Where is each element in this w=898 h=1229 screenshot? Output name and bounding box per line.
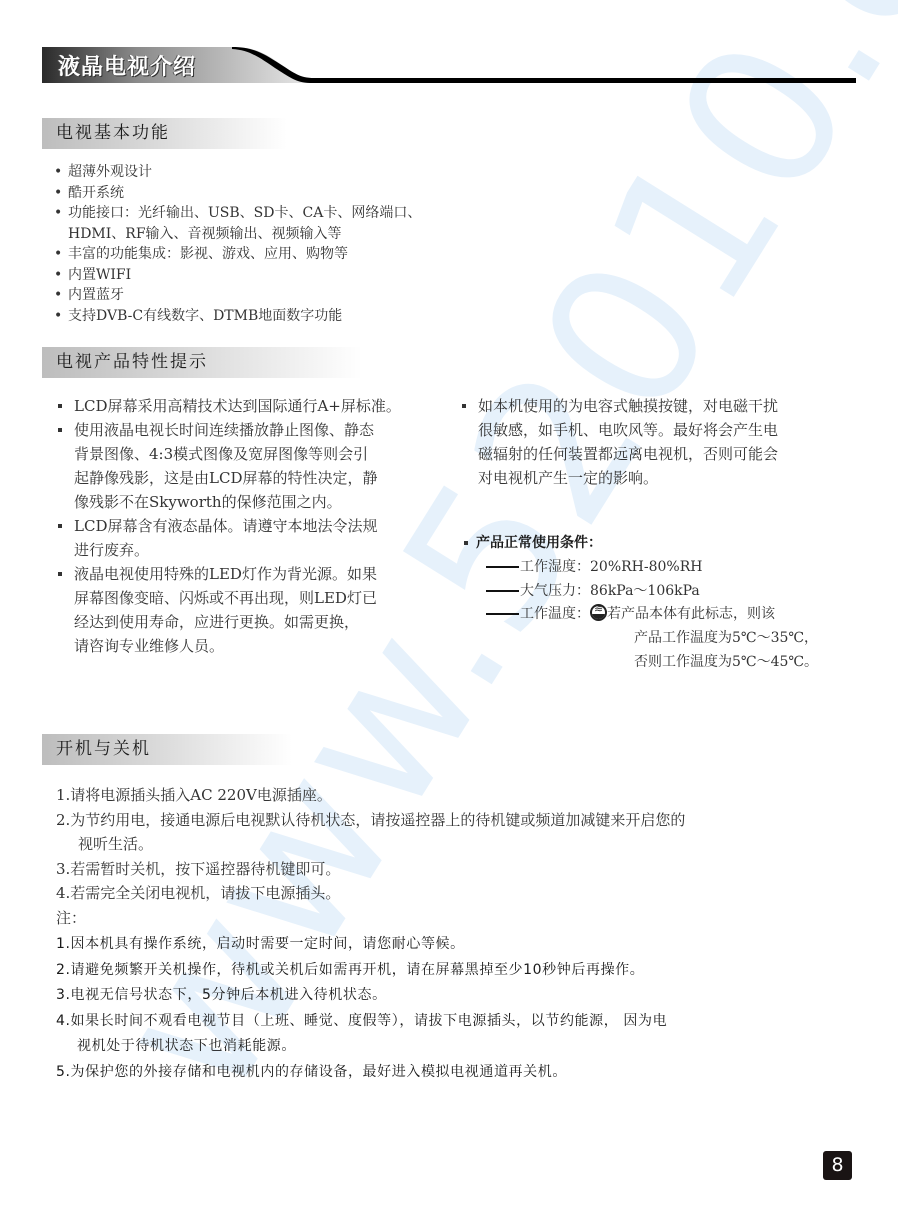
section-heading-product-features: 电视产品特性提示 [42, 347, 362, 378]
list-item: •内置WIFI [52, 265, 421, 286]
notes-label: 注： [56, 906, 685, 931]
list-item: •支持DVB-C有线数字、DTMB地面数字功能 [52, 306, 421, 327]
dash-icon [486, 590, 519, 592]
page-number: 8 [823, 1151, 852, 1180]
climate-symbol-icon [590, 604, 607, 621]
bullet-icon: • [54, 306, 62, 327]
list-item: •酷开系统 [52, 183, 421, 204]
step-item: 4.若需完全关闭电视机，请拔下电源插头。 [56, 881, 685, 906]
note-item: 4.如果长时间不观看电视节目（上班、睡觉、度假等），请拔下电源插头，以节约能源，… [56, 1009, 667, 1035]
section-heading-power: 开机与关机 [42, 734, 292, 765]
list-item: •丰富的功能集成：影视、游戏、应用、购物等 [52, 244, 421, 265]
bullet-icon: • [54, 265, 62, 286]
bullet-icon: • [54, 162, 62, 183]
step-item: 2.为节约用电，接通电源后电视默认待机状态，请按遥控器上的待机键或频道加减键来开… [56, 808, 685, 833]
square-bullet-icon [58, 404, 62, 408]
humidity-row: 工作湿度：20%RH-80%RH [486, 556, 702, 576]
section-heading-basic-functions: 电视基本功能 [42, 118, 287, 149]
basic-functions-list: •超薄外观设计 •酷开系统 •功能接口：光纤输出、USB、SD卡、CA卡、网络端… [52, 162, 421, 326]
square-bullet-icon [462, 404, 466, 408]
feature-item: 液晶电视使用特殊的LED灯作为背光源。如果 屏幕图像变暗、闪烁或不再出现，则LE… [58, 562, 438, 658]
note-item: 1.因本机具有操作系统，启动时需要一定时间，请您耐心等候。 [56, 932, 667, 958]
features-left-column: LCD屏幕采用高精技术达到国际通行A+屏标准。 使用液晶电视长时间连续播放静止图… [58, 394, 438, 658]
note-item: 5.为保护您的外接存储和电视机内的存储设备，最好进入模拟电视通道再关机。 [56, 1060, 667, 1086]
note-item-continuation: 视机处于待机状态下也消耗能源。 [56, 1034, 667, 1060]
square-bullet-icon [58, 572, 62, 576]
power-notes: 1.因本机具有操作系统，启动时需要一定时间，请您耐心等候。 2.请避免频繁开关机… [56, 932, 667, 1085]
step-item: 1.请将电源插头插入AC 220V电源插座。 [56, 783, 685, 808]
list-item: •超薄外观设计 [52, 162, 421, 183]
bullet-icon: • [54, 244, 62, 265]
step-item: 3.若需暂时关机，按下遥控器待机键即可。 [56, 857, 685, 882]
temperature-row-cont: 否则工作温度为5℃～45℃。 [634, 651, 818, 671]
square-bullet-icon [464, 541, 468, 545]
list-item: •功能接口：光纤输出、USB、SD卡、CA卡、网络端口、 [52, 203, 421, 224]
dash-icon [486, 566, 519, 568]
note-item: 3.电视无信号状态下，5分钟后本机进入待机状态。 [56, 983, 667, 1009]
bullet-icon: • [54, 285, 62, 306]
square-bullet-icon [58, 524, 62, 528]
feature-item: LCD屏幕含有液态晶体。请遵守本地法令法规 进行废弃。 [58, 514, 438, 562]
bullet-icon: • [54, 203, 62, 224]
feature-item: 如本机使用的为电容式触摸按键，对电磁干扰 很敏感，如手机、电吹风等。最好将会产生… [462, 394, 842, 490]
features-right-column: 如本机使用的为电容式触摸按键，对电磁干扰 很敏感，如手机、电吹风等。最好将会产生… [462, 394, 842, 490]
note-item: 2.请避免频繁开关机操作，待机或关机后如需再开机，请在屏幕黑掉至少10秒钟后再操… [56, 958, 667, 984]
temperature-row-cont: 产品工作温度为5℃～35℃， [634, 627, 818, 647]
conditions-title: 产品正常使用条件： [476, 532, 602, 552]
pressure-row: 大气压力：86kPa～106kPa [486, 580, 700, 600]
list-item-continuation: HDMI、RF输入、音视频输出、视频输入等 [52, 224, 421, 245]
list-item: •内置蓝牙 [52, 285, 421, 306]
square-bullet-icon [58, 428, 62, 432]
temperature-row: 工作温度：若产品本体有此标志，则该 [486, 603, 775, 623]
feature-item: 使用液晶电视长时间连续播放静止图像、静态 背景图像、4:3模式图像及宽屏图像等则… [58, 418, 438, 514]
page-title: 液晶电视介绍 [58, 50, 196, 81]
bullet-icon: • [54, 183, 62, 204]
manual-page: 液晶电视介绍 电视基本功能 •超薄外观设计 •酷开系统 •功能接口：光纤输出、U… [0, 0, 898, 1229]
page-header-banner: 液晶电视介绍 [42, 47, 856, 83]
step-item-continuation: 视听生活。 [56, 832, 685, 857]
dash-icon [486, 613, 519, 615]
power-steps: 1.请将电源插头插入AC 220V电源插座。 2.为节约用电，接通电源后电视默认… [56, 783, 685, 930]
feature-item: LCD屏幕采用高精技术达到国际通行A+屏标准。 [58, 394, 438, 418]
